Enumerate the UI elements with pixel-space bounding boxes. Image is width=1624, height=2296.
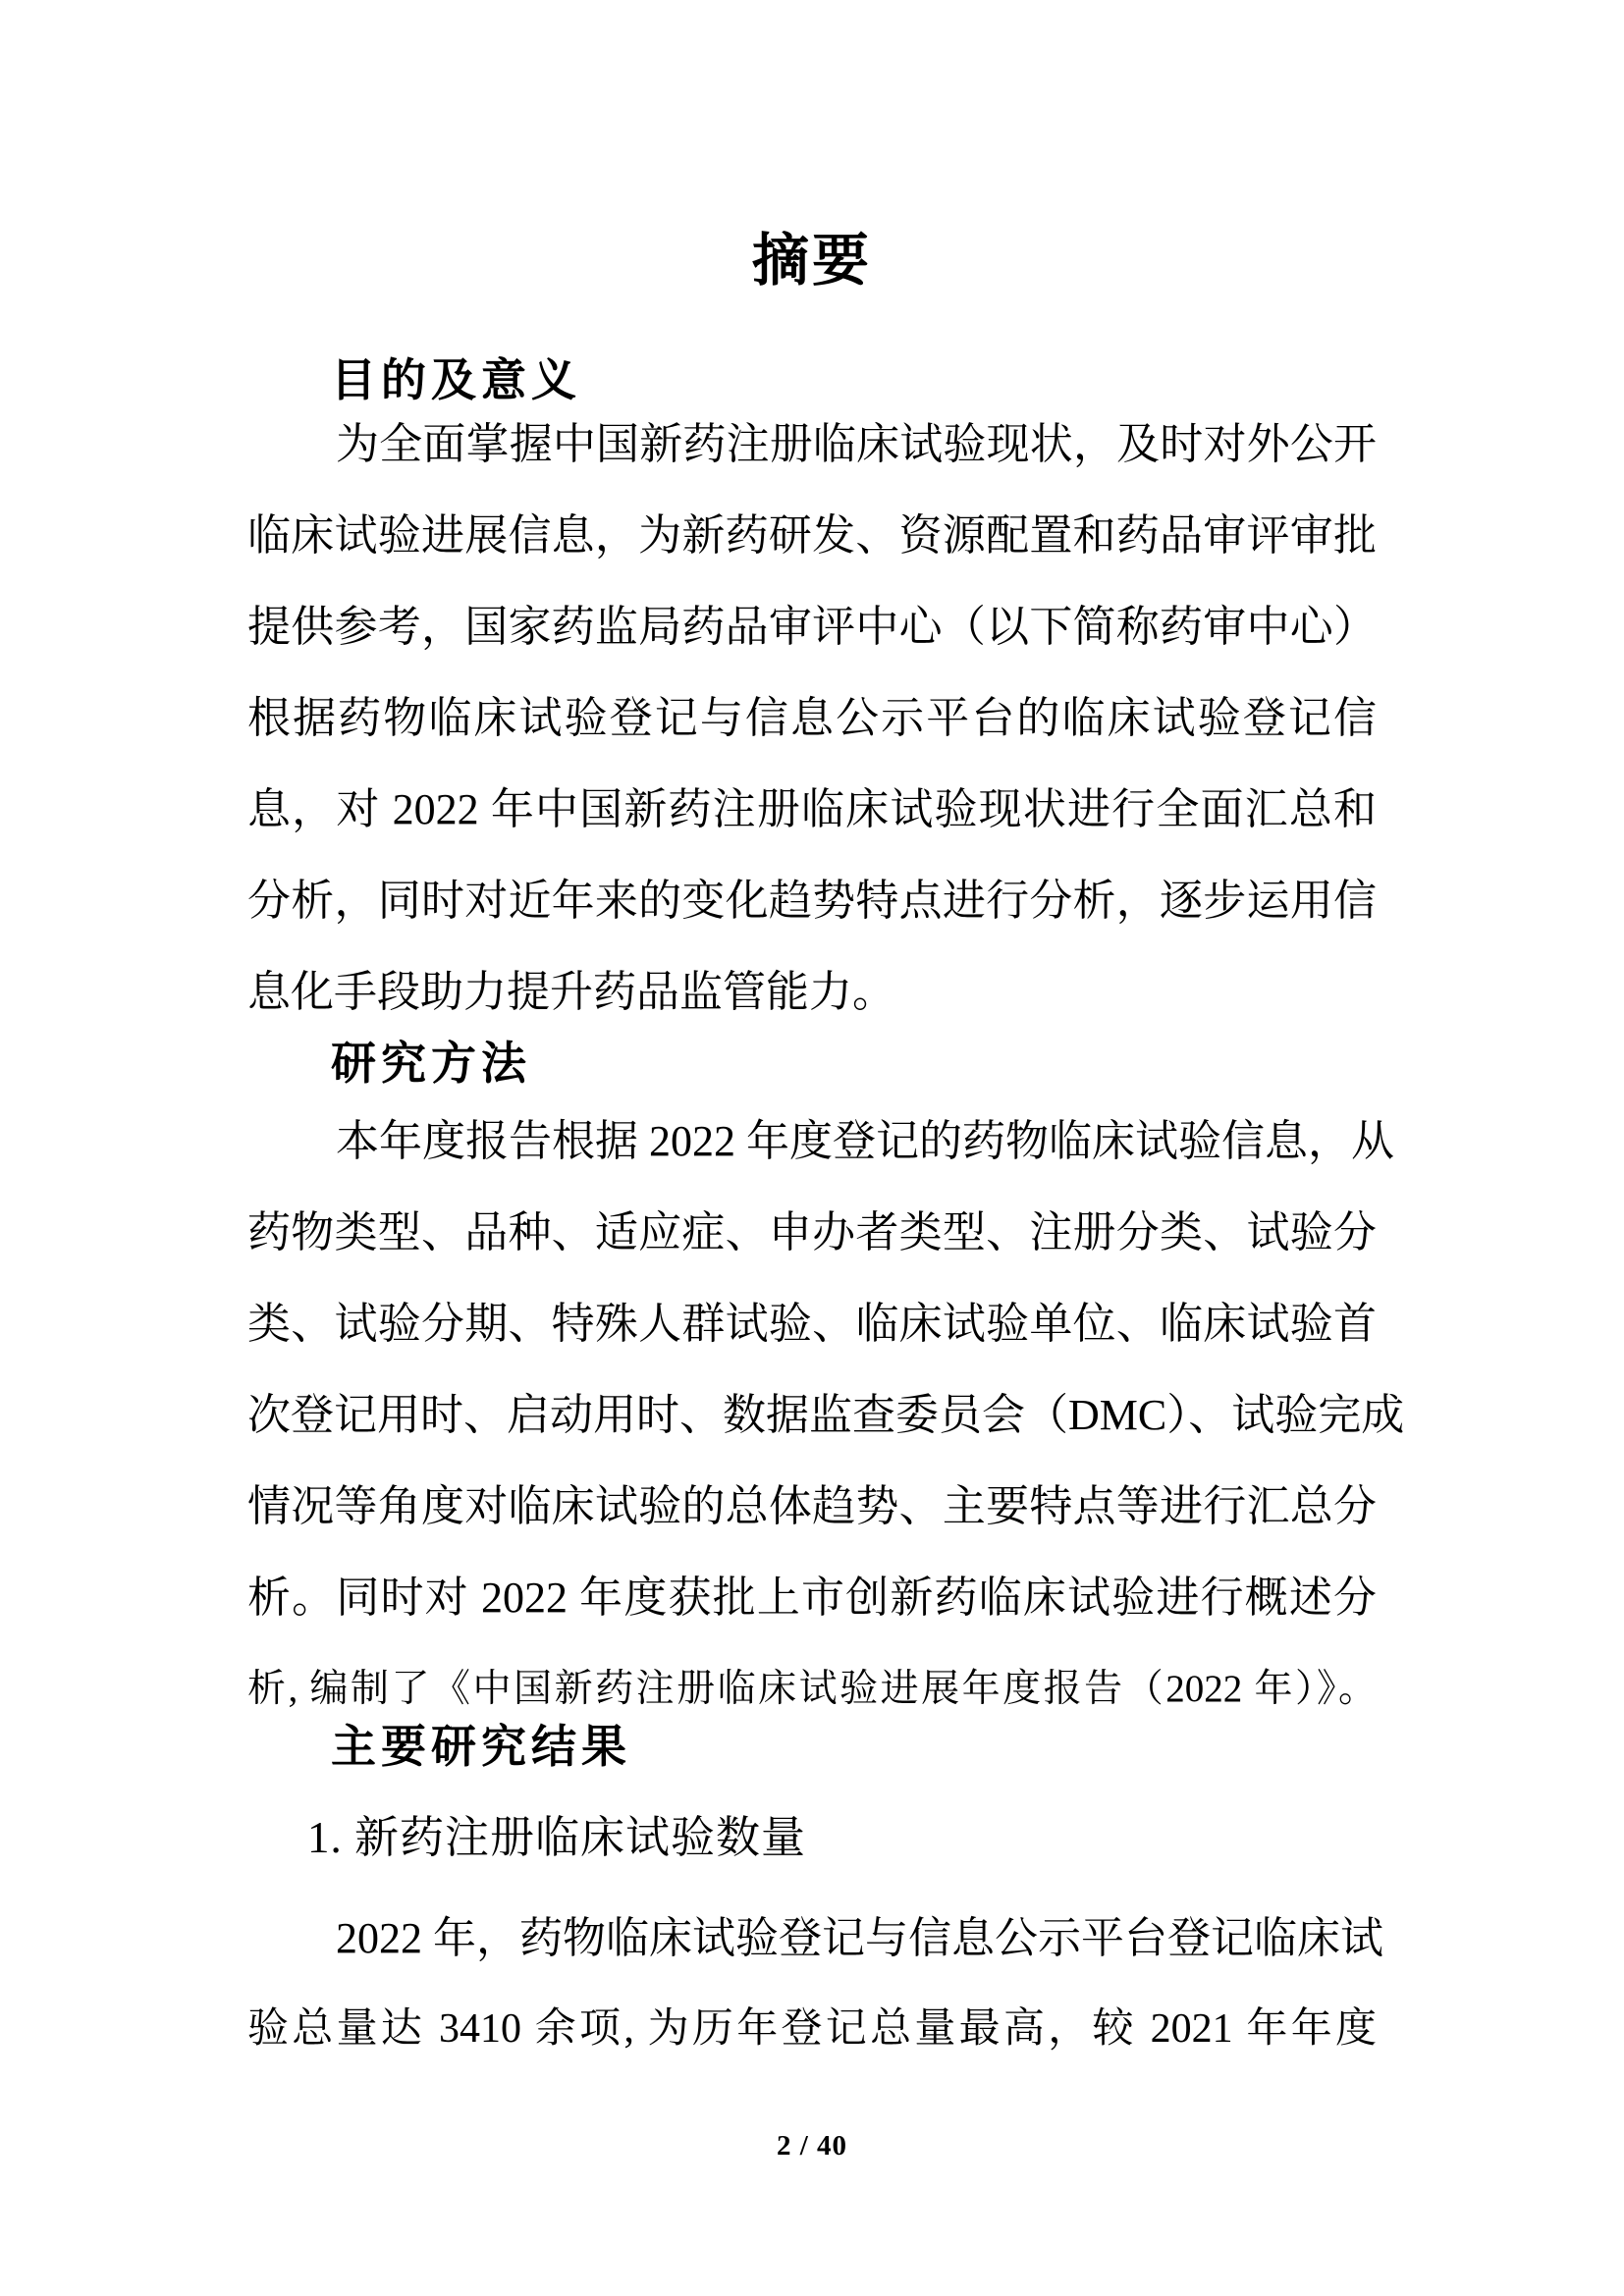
paragraph-method: 本年度报告根据 2022 年度登记的药物临床试验信息，从 药物类型、品种、适应症… — [247, 1095, 1377, 1735]
text-line: 提供参考，国家药监局药品审评中心（以下简称药审中心） — [247, 581, 1377, 672]
text-line: 本年度报告根据 2022 年度登记的药物临床试验信息，从 — [247, 1095, 1377, 1187]
text-line: 2022 年，药物临床试验登记与信息公示平台登记临床试 — [247, 1893, 1377, 1984]
text-line: 药物类型、品种、适应症、申办者类型、注册分类、试验分 — [247, 1187, 1377, 1278]
document-page: 摘要 目的及意义 为全面掌握中国新药注册临床试验现状，及时对外公开 临床试验进展… — [0, 0, 1624, 2296]
paragraph-purpose: 为全面掌握中国新药注册临床试验现状，及时对外公开 临床试验进展信息，为新药研发、… — [247, 399, 1377, 1038]
text-line: 分析，同时对近年来的变化趋势特点进行分析，逐步运用信 — [247, 855, 1377, 946]
text-line: 息，对 2022 年中国新药注册临床试验现状进行全面汇总和 — [247, 764, 1377, 855]
text-line: 次登记用时、启动用时、数据监查委员会（DMC）、试验完成 — [247, 1369, 1377, 1461]
paragraph-results: 2022 年，药物临床试验登记与信息公示平台登记临床试 验总量达 3410 余项… — [247, 1893, 1377, 2075]
text-line: 情况等角度对临床试验的总体趋势、主要特点等进行汇总分 — [247, 1461, 1377, 1552]
page-number: 2 / 40 — [0, 2130, 1624, 2163]
text-line: 类、试验分期、特殊人群试验、临床试验单位、临床试验首 — [247, 1278, 1377, 1369]
section-heading-results: 主要研究结果 — [331, 1722, 631, 1772]
section-heading-purpose: 目的及意义 — [331, 355, 581, 405]
list-item-trial-count: 1. 新药注册临床试验数量 — [307, 1792, 806, 1884]
text-line: 根据药物临床试验登记与信息公示平台的临床试验登记信 — [247, 672, 1377, 764]
text-line: 息化手段助力提升药品监管能力。 — [247, 946, 1377, 1038]
text-line: 析。同时对 2022 年度获批上市创新药临床试验进行概述分 — [247, 1552, 1377, 1643]
text-line: 为全面掌握中国新药注册临床试验现状，及时对外公开 — [247, 399, 1377, 490]
page-title: 摘要 — [0, 229, 1624, 294]
text-line: 验总量达 3410 余项, 为历年登记总量最高，较 2021 年年度 — [247, 1984, 1377, 2075]
section-heading-method: 研究方法 — [331, 1039, 531, 1089]
text-line: 临床试验进展信息，为新药研发、资源配置和药品审评审批 — [247, 490, 1377, 581]
